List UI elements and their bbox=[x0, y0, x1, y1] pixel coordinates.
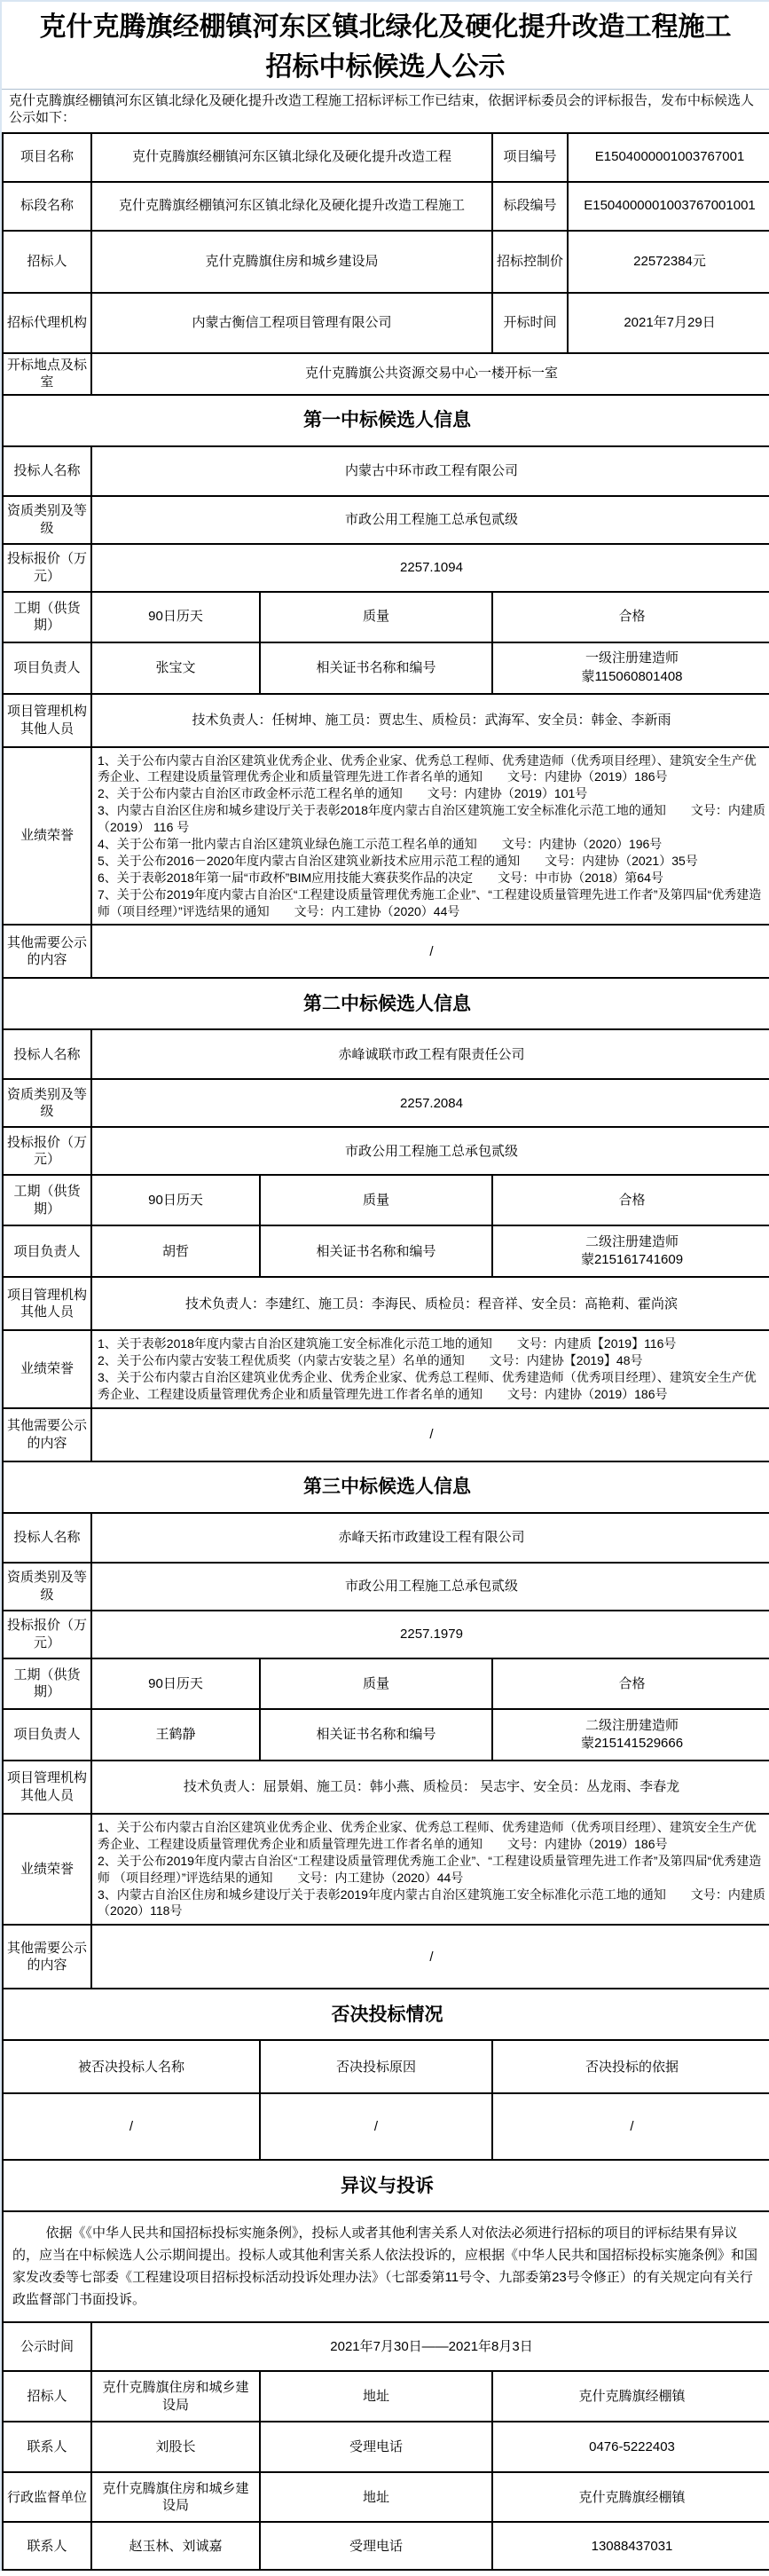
cert-cell: 一级注册建造师 蒙115060801408 bbox=[492, 642, 769, 694]
field-label: 地址 bbox=[260, 2472, 492, 2522]
field-value: 合格 bbox=[492, 592, 769, 642]
field-label: 相关证书名称和编号 bbox=[260, 642, 492, 694]
field-value: 克什克腾旗经棚镇河东区镇北绿化及硬化提升改造工程施工 bbox=[91, 182, 492, 231]
achievements-row: 业绩荣誉 1、关于表彰2018年度内蒙古自治区建筑施工安全标准化示范工地的通知 … bbox=[3, 1330, 769, 1408]
field-value: 赵玉林、刘诚嘉 bbox=[91, 2522, 260, 2570]
bidder-name-row: 投标人名称 赤峰天拓市政建设工程有限公司 bbox=[3, 1513, 769, 1563]
field-value: 2021年7月29日 bbox=[568, 293, 769, 353]
field-value: 2257.2084 bbox=[91, 1079, 769, 1127]
project-name-row: 项目名称 克什克腾旗经棚镇河东区镇北绿化及硬化提升改造工程 项目编号 E1504… bbox=[3, 133, 769, 182]
field-label: 项目管理机构其他人员 bbox=[3, 1277, 91, 1330]
cert-cell: 二级注册建造师 蒙215141529666 bbox=[492, 1709, 769, 1761]
field-value: 克什克腾旗公共资源交易中心一楼开标一室 bbox=[91, 353, 769, 395]
achievement-item: 7、关于公布2019年度内蒙古自治区“工程建设质量管理优秀施工企业”、“工程建设… bbox=[98, 886, 765, 920]
achievements-list: 1、关于公布内蒙古自治区建筑业优秀企业、优秀企业家、优秀总工程师、优秀建造师（优… bbox=[91, 747, 769, 926]
achievement-item: 3、内蒙古自治区住房和城乡建设厅关于表彰2019年度内蒙古自治区建筑施工安全标准… bbox=[98, 1887, 765, 1920]
page-title: 克什克腾旗经棚镇河东区镇北绿化及硬化提升改造工程施工招标中标候选人公示 bbox=[2, 2, 769, 90]
candidate2-header-row: 第二中标候选人信息 bbox=[3, 978, 769, 1029]
duration-quality-row: 工期（供货期） 90日历天 质量 合格 bbox=[3, 1658, 769, 1709]
field-label: 招标代理机构 bbox=[3, 293, 91, 353]
field-value: / bbox=[3, 2093, 260, 2160]
cert-cell: 二级注册建造师 蒙215161741609 bbox=[492, 1225, 769, 1277]
field-value: 合格 bbox=[492, 1175, 769, 1225]
field-value: 克什克腾旗住房和城乡建设局 bbox=[91, 231, 492, 293]
field-label: 质量 bbox=[260, 1175, 492, 1225]
other-content-row: 其他需要公示的内容 / bbox=[3, 1408, 769, 1461]
field-value: 赤峰诚联市政工程有限责任公司 bbox=[91, 1029, 769, 1079]
field-label: 投标人名称 bbox=[3, 1513, 91, 1563]
field-label: 业绩荣誉 bbox=[3, 747, 91, 926]
section-name-row: 标段名称 克什克腾旗经棚镇河东区镇北绿化及硬化提升改造工程施工 标段编号 E15… bbox=[3, 182, 769, 231]
field-label: 联系人 bbox=[3, 2422, 91, 2472]
field-label: 标段编号 bbox=[492, 182, 568, 231]
achievement-item: 2、关于公布2019年度内蒙古自治区“工程建设质量管理优秀施工企业”、“工程建设… bbox=[98, 1853, 765, 1887]
field-label: 工期（供货期） bbox=[3, 592, 91, 642]
field-label: 开标时间 bbox=[492, 293, 568, 353]
manager-row: 项目负责人 张宝文 相关证书名称和编号 一级注册建造师 蒙11506080140… bbox=[3, 642, 769, 694]
section-header: 否决投标情况 bbox=[3, 1989, 769, 2040]
field-label: 投标报价（万元） bbox=[3, 1611, 91, 1658]
field-label: 业绩荣誉 bbox=[3, 1814, 91, 1925]
field-value: / bbox=[91, 1408, 769, 1461]
duration-quality-row: 工期（供货期） 90日历天 质量 合格 bbox=[3, 592, 769, 642]
rejection-values-row: / / / bbox=[3, 2093, 769, 2160]
field-label: 投标报价（万元） bbox=[3, 544, 91, 592]
field-label: 业绩荣誉 bbox=[3, 1330, 91, 1408]
achievements-row: 业绩荣誉 1、关于公布内蒙古自治区建筑业优秀企业、优秀企业家、优秀总工程师、优秀… bbox=[3, 1814, 769, 1925]
field-label: 项目负责人 bbox=[3, 1225, 91, 1277]
objection-text: 依据《《中华人民共和国招标投标实施条例》，投标人或者其他利害关系人对依法必须进行… bbox=[3, 2211, 769, 2322]
column-header: 被否决投标人名称 bbox=[3, 2040, 260, 2093]
field-value: 内蒙古中环市政工程有限公司 bbox=[91, 446, 769, 496]
field-label: 招标控制价 bbox=[492, 231, 568, 293]
field-value: 克什克腾旗住房和城乡建设局 bbox=[91, 2371, 260, 2422]
achievement-item: 4、关于公布第一批内蒙古自治区建筑业绿色施工示范工程名单的通知 文号：内建协（2… bbox=[98, 836, 765, 853]
field-label: 工期（供货期） bbox=[3, 1658, 91, 1709]
manager-row: 项目负责人 胡哲 相关证书名称和编号 二级注册建造师 蒙215161741609 bbox=[3, 1225, 769, 1277]
field-value: 胡哲 bbox=[91, 1225, 260, 1277]
achievement-item: 2、关于公布内蒙古安装工程优质奖（内蒙古安装之星）名单的通知 文号：内建协【20… bbox=[98, 1352, 765, 1369]
achievement-item: 5、关于公布2016－2020年度内蒙古自治区建筑业新技术应用示范工程的通知 文… bbox=[98, 853, 765, 870]
objection-body-row: 依据《《中华人民共和国招标投标实施条例》，投标人或者其他利害关系人对依法必须进行… bbox=[3, 2211, 769, 2322]
staff-row: 项目管理机构其他人员 技术负责人：李建红、施工员：李海民、质检员：程音祥、安全员… bbox=[3, 1277, 769, 1330]
field-label: 相关证书名称和编号 bbox=[260, 1709, 492, 1761]
rejection-header-row: 否决投标情况 bbox=[3, 1989, 769, 2040]
field-value: 2257.1094 bbox=[91, 544, 769, 592]
achievement-item: 1、关于表彰2018年度内蒙古自治区建筑施工安全标准化示范工地的通知 文号：内建… bbox=[98, 1335, 765, 1352]
achievements-row: 业绩荣誉 1、关于公布内蒙古自治区建筑业优秀企业、优秀企业家、优秀总工程师、优秀… bbox=[3, 747, 769, 926]
section-header: 第一中标候选人信息 bbox=[3, 395, 769, 446]
field-label: 工期（供货期） bbox=[3, 1175, 91, 1225]
intro-text: 克什克腾旗经棚镇河东区镇北绿化及硬化提升改造工程施工招标评标工作已结束，依据评标… bbox=[2, 90, 769, 132]
tenderee-row: 招标人 克什克腾旗住房和城乡建设局 招标控制价 22572384元 bbox=[3, 231, 769, 293]
field-label: 资质类别及等级 bbox=[3, 1563, 91, 1611]
field-label: 联系人 bbox=[3, 2522, 91, 2570]
field-label: 标段名称 bbox=[3, 182, 91, 231]
bidder-name-row: 投标人名称 赤峰诚联市政工程有限责任公司 bbox=[3, 1029, 769, 1079]
field-label: 投标报价（万元） bbox=[3, 1127, 91, 1175]
qualification-row: 资质类别及等级 市政公用工程施工总承包贰级 bbox=[3, 1563, 769, 1611]
achievement-item: 2、关于公布内蒙古自治区市政金杯示范工程名单的通知 文号：内建协（2019）10… bbox=[98, 785, 765, 802]
field-label: 项目管理机构其他人员 bbox=[3, 1761, 91, 1814]
achievement-item: 3、关于公布内蒙古自治区建筑业优秀企业、优秀企业家、优秀总工程师、优秀建造师（优… bbox=[98, 1369, 765, 1403]
field-label: 受理电话 bbox=[260, 2422, 492, 2472]
field-value: E1504000001003767001 bbox=[568, 133, 769, 182]
staff-row: 项目管理机构其他人员 技术负责人：屈景娟、施工员：韩小燕、质检员： 吴志宇、安全… bbox=[3, 1761, 769, 1814]
field-value: 90日历天 bbox=[91, 592, 260, 642]
field-label: 招标人 bbox=[3, 231, 91, 293]
field-value: 技术负责人：任树坤、施工员：贾忠生、质检员：武海军、安全员：韩金、李新雨 bbox=[91, 694, 769, 747]
duration-quality-row: 工期（供货期） 90日历天 质量 合格 bbox=[3, 1175, 769, 1225]
column-header: 否决投标原因 bbox=[260, 2040, 492, 2093]
field-label: 项目管理机构其他人员 bbox=[3, 694, 91, 747]
footer-contact2-row: 联系人 赵玉林、刘诚嘉 受理电话 13088437031 bbox=[3, 2522, 769, 2570]
field-value: 克什克腾旗经棚镇河东区镇北绿化及硬化提升改造工程 bbox=[91, 133, 492, 182]
field-label: 受理电话 bbox=[260, 2522, 492, 2570]
bid-price-row: 投标报价（万元） 2257.1979 bbox=[3, 1611, 769, 1658]
section-header: 第三中标候选人信息 bbox=[3, 1461, 769, 1513]
field-value: 2257.1979 bbox=[91, 1611, 769, 1658]
field-label: 招标人 bbox=[3, 2371, 91, 2422]
other-content-row: 其他需要公示的内容 / bbox=[3, 925, 769, 978]
field-value: 13088437031 bbox=[492, 2522, 769, 2570]
field-value: 张宝文 bbox=[91, 642, 260, 694]
achievement-item: 6、关于表彰2018年第一届“市政杯”BIM应用技能大赛获奖作品的决定 文号：中… bbox=[98, 870, 765, 886]
field-label: 行政监督单位 bbox=[3, 2472, 91, 2522]
field-label: 投标人名称 bbox=[3, 1029, 91, 1079]
field-label: 资质类别及等级 bbox=[3, 1079, 91, 1127]
field-value: 市政公用工程施工总承包贰级 bbox=[91, 1563, 769, 1611]
achievement-item: 1、关于公布内蒙古自治区建筑业优秀企业、优秀企业家、优秀总工程师、优秀建造师（优… bbox=[98, 1819, 765, 1853]
field-value: E1504000001003767001001 bbox=[568, 182, 769, 231]
field-label: 质量 bbox=[260, 1658, 492, 1709]
field-label: 质量 bbox=[260, 592, 492, 642]
field-value: 90日历天 bbox=[91, 1175, 260, 1225]
candidate1-header-row: 第一中标候选人信息 bbox=[3, 395, 769, 446]
field-label: 其他需要公示的内容 bbox=[3, 925, 91, 978]
field-value: 合格 bbox=[492, 1658, 769, 1709]
cert-name: 二级注册建造师 bbox=[498, 1717, 765, 1735]
field-value: 0476-5222403 bbox=[492, 2422, 769, 2472]
column-header: 否决投标的依据 bbox=[492, 2040, 769, 2093]
field-label: 投标人名称 bbox=[3, 446, 91, 496]
qualification-row: 资质类别及等级 2257.2084 bbox=[3, 1079, 769, 1127]
field-value: 内蒙古衡信工程项目管理有限公司 bbox=[91, 293, 492, 353]
field-value: 2021年7月30日——2021年8月3日 bbox=[91, 2322, 769, 2371]
cert-number: 蒙115060801408 bbox=[498, 668, 765, 686]
field-value: 市政公用工程施工总承包贰级 bbox=[91, 496, 769, 544]
achievement-item: 1、关于公布内蒙古自治区建筑业优秀企业、优秀企业家、优秀总工程师、优秀建造师（优… bbox=[98, 752, 765, 786]
field-label: 相关证书名称和编号 bbox=[260, 1225, 492, 1277]
field-value: 技术负责人：屈景娟、施工员：韩小燕、质检员： 吴志宇、安全员：丛龙雨、李春龙 bbox=[91, 1761, 769, 1814]
cert-number: 蒙215141529666 bbox=[498, 1735, 765, 1753]
section-header: 第二中标候选人信息 bbox=[3, 978, 769, 1029]
announcement-table: 项目名称 克什克腾旗经棚镇河东区镇北绿化及硬化提升改造工程 项目编号 E1504… bbox=[2, 132, 769, 2572]
footer-supervisor-row: 行政监督单位 克什克腾旗住房和城乡建设局 地址 克什克腾旗经棚镇 bbox=[3, 2472, 769, 2522]
bidder-name-row: 投标人名称 内蒙古中环市政工程有限公司 bbox=[3, 446, 769, 496]
field-value: 22572384元 bbox=[568, 231, 769, 293]
objection-header-row: 异议与投诉 bbox=[3, 2160, 769, 2211]
field-value: 技术负责人：李建红、施工员：李海民、质检员：程音祥、安全员：高艳莉、霍尚滨 bbox=[91, 1277, 769, 1330]
field-value: / bbox=[260, 2093, 492, 2160]
agency-row: 招标代理机构 内蒙古衡信工程项目管理有限公司 开标时间 2021年7月29日 bbox=[3, 293, 769, 353]
field-label: 项目编号 bbox=[492, 133, 568, 182]
field-value: / bbox=[91, 1925, 769, 1989]
qualification-row: 资质类别及等级 市政公用工程施工总承包贰级 bbox=[3, 496, 769, 544]
field-label: 项目名称 bbox=[3, 133, 91, 182]
field-label: 资质类别及等级 bbox=[3, 496, 91, 544]
field-label: 开标地点及标室 bbox=[3, 353, 91, 395]
field-value: 王鹤静 bbox=[91, 1709, 260, 1761]
field-value: 克什克腾旗经棚镇 bbox=[492, 2371, 769, 2422]
footer-tenderee-row: 招标人 克什克腾旗住房和城乡建设局 地址 克什克腾旗经棚镇 bbox=[3, 2371, 769, 2422]
staff-row: 项目管理机构其他人员 技术负责人：任树坤、施工员：贾忠生、质检员：武海军、安全员… bbox=[3, 694, 769, 747]
candidate3-header-row: 第三中标候选人信息 bbox=[3, 1461, 769, 1513]
open-place-row: 开标地点及标室 克什克腾旗公共资源交易中心一楼开标一室 bbox=[3, 353, 769, 395]
field-label: 项目负责人 bbox=[3, 642, 91, 694]
field-label: 项目负责人 bbox=[3, 1709, 91, 1761]
field-label: 地址 bbox=[260, 2371, 492, 2422]
field-value: / bbox=[492, 2093, 769, 2160]
achievements-list: 1、关于公布内蒙古自治区建筑业优秀企业、优秀企业家、优秀总工程师、优秀建造师（优… bbox=[91, 1814, 769, 1925]
bid-price-row: 投标报价（万元） 2257.1094 bbox=[3, 544, 769, 592]
field-label: 其他需要公示的内容 bbox=[3, 1408, 91, 1461]
publicity-time-row: 公示时间 2021年7月30日——2021年8月3日 bbox=[3, 2322, 769, 2371]
field-value: 赤峰天拓市政建设工程有限公司 bbox=[91, 1513, 769, 1563]
section-header: 异议与投诉 bbox=[3, 2160, 769, 2211]
field-label: 其他需要公示的内容 bbox=[3, 1925, 91, 1989]
rejection-columns-row: 被否决投标人名称 否决投标原因 否决投标的依据 bbox=[3, 2040, 769, 2093]
field-value: 克什克腾旗经棚镇 bbox=[492, 2472, 769, 2522]
cert-number: 蒙215161741609 bbox=[498, 1251, 765, 1269]
field-label: 公示时间 bbox=[3, 2322, 91, 2371]
cert-name: 二级注册建造师 bbox=[498, 1233, 765, 1251]
manager-row: 项目负责人 王鹤静 相关证书名称和编号 二级注册建造师 蒙21514152966… bbox=[3, 1709, 769, 1761]
field-value: 市政公用工程施工总承包贰级 bbox=[91, 1127, 769, 1175]
achievement-item: 3、内蒙古自治区住房和城乡建设厅关于表彰2018年度内蒙古自治区建筑施工安全标准… bbox=[98, 802, 765, 836]
field-value: 90日历天 bbox=[91, 1658, 260, 1709]
bid-price-row: 投标报价（万元） 市政公用工程施工总承包贰级 bbox=[3, 1127, 769, 1175]
footer-contact-row: 联系人 刘股长 受理电话 0476-5222403 bbox=[3, 2422, 769, 2472]
field-value: 刘股长 bbox=[91, 2422, 260, 2472]
cert-name: 一级注册建造师 bbox=[498, 650, 765, 667]
field-value: / bbox=[91, 925, 769, 978]
field-value: 克什克腾旗住房和城乡建设局 bbox=[91, 2472, 260, 2522]
achievements-list: 1、关于表彰2018年度内蒙古自治区建筑施工安全标准化示范工地的通知 文号：内建… bbox=[91, 1330, 769, 1408]
other-content-row: 其他需要公示的内容 / bbox=[3, 1925, 769, 1989]
